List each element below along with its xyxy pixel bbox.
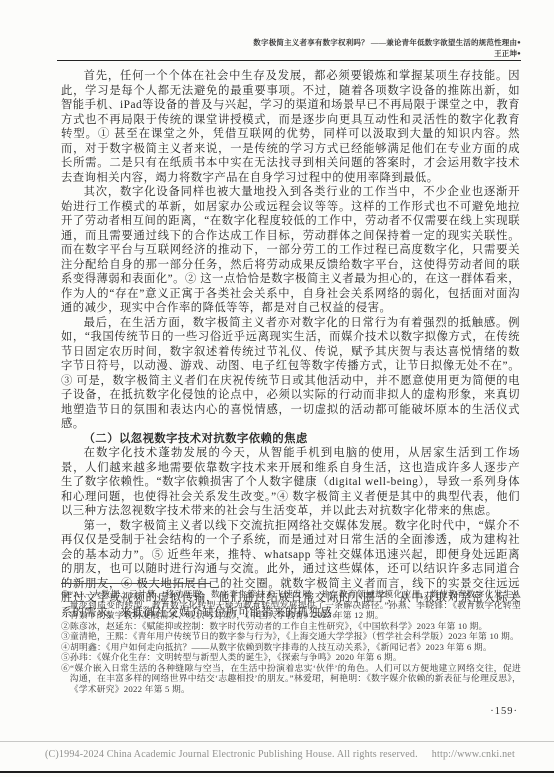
footer-top-rule: [0, 741, 554, 742]
running-author-line: 王正坤●: [253, 49, 521, 60]
running-title: 数字极简主义者享有数字权利吗？ ——兼论青年低数字欲望生活的规范性理由: [253, 38, 517, 47]
footnote-1: ①“AI、大数据、云计算、移动互联、数字孪生等技术飞速发展，并在教育领域规模化应…: [61, 589, 521, 621]
cnki-url: http://www.cnki.net: [432, 749, 515, 760]
footnote-3: ③童清艳，王熙：《青年用户传统节日的数字参与行为》，《上海交通大学学报》（哲学社…: [61, 631, 521, 642]
footnote-2: ②陈彦冰，赵延东：《赋能抑或控制：数字时代劳动者的工作自主性研究》，《中国软科学…: [61, 621, 521, 632]
author-footnote-mark: ●: [517, 51, 521, 57]
footnotes: ①“AI、大数据、云计算、移动互联、数字孪生等技术飞速发展，并在教育领域规模化应…: [61, 589, 521, 694]
running-head: 数字极简主义者享有数字权利吗？ ——兼论青年低数字欲望生活的规范性理由● 王正坤…: [253, 38, 521, 59]
footnote-4: ④胡明鑫：《用户如何走向抵抗？——从数字依赖到数字排毒的人技互动关系》，《新闻记…: [61, 642, 521, 653]
paragraph-4: 在数字化技术蓬勃发展的今天，从智能手机到电脑的使用，从居家生活到工作场景，人们越…: [61, 446, 520, 519]
running-title-line: 数字极简主义者享有数字权利吗？ ——兼论青年低数字欲望生活的规范性理由●: [253, 38, 521, 49]
paragraph-2: 其次，数字化设备同样也被大量地投入到各类行业的工作当中，不少企业也逐渐开始进行工…: [61, 185, 520, 316]
header-rule: [57, 60, 521, 61]
page-number: ·159·: [490, 706, 518, 717]
journal-page: 数字极简主义者享有数字权利吗？ ——兼论青年低数字欲望生活的规范性理由● 王正坤…: [0, 0, 554, 777]
footer-copyright: (C)1994-2024 China Academic Journal Elec…: [45, 749, 534, 760]
footnote-5: ⑤孙玮：《媒介化生存：文明转型与新型人类的诞生》，《探索与争鸣》2020 年第 …: [61, 652, 521, 663]
paragraph-1: 首先，任何一个个体在社会中生存及发展，都必须要锻炼和掌握某项生存技能。因此，学习…: [61, 69, 520, 185]
paragraph-3: 最后，在生活方面，数字极简主义者亦对数字化的日常行为有着强烈的抵触感。例如，“我…: [61, 316, 520, 432]
copyright-text: (C)1994-2024 China Academic Journal Elec…: [45, 749, 418, 760]
footnote-6: ⑥“媒介嵌入日常生活的各种缝隙与空当，在生活中扮演着忠实‘伙伴’的角色。人们可以…: [61, 663, 521, 695]
footer-bottom-rule: [0, 771, 554, 773]
author-name: 王正坤: [494, 49, 517, 58]
title-footnote-mark: ●: [517, 40, 521, 46]
footnote-separator: [61, 583, 211, 584]
section-heading: （二）以忽视数字技术对抗数字依赖的焦虑: [61, 432, 520, 447]
article-body: 首先，任何一个个体在社会中生存及发展，都必须要锻炼和掌握某项生存技能。因此，学习…: [61, 69, 520, 620]
